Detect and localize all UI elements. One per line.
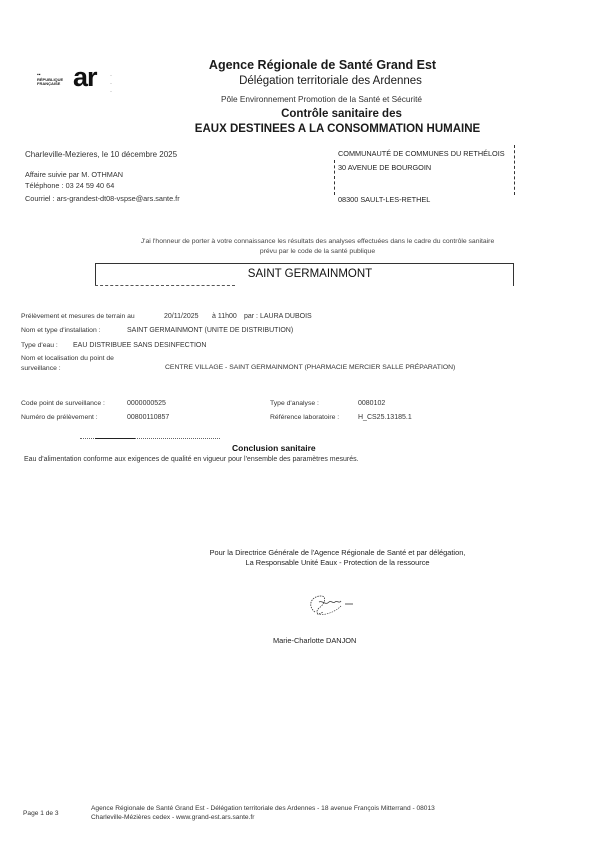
water-type-value: EAU DISTRIBUEE SANS DESINFECTION (73, 342, 206, 349)
recipient-border-right (514, 145, 516, 195)
location-title: SAINT GERMAINMONT (0, 268, 595, 280)
recipient-name: COMMUNAUTÉ DE COMMUNES DU RETHÉLOIS (338, 149, 505, 158)
analysis-type-value: 0080102 (358, 400, 385, 407)
sampling-label: Prélèvement et mesures de terrain au (21, 313, 135, 320)
lab-ref-label: Référence laboratoire : (270, 414, 339, 421)
code-label: Code point de surveillance : (21, 400, 105, 407)
separator-line (95, 438, 135, 439)
followed-by: Affaire suivie par M. OTHMAN (25, 170, 123, 179)
water-type-label: Type d'eau : (21, 342, 58, 349)
lab-ref-value: H_CS25.13185.1 (358, 414, 412, 421)
recipient-address: 30 AVENUE DE BOURGOIN (338, 163, 431, 172)
sampling-by: par : LAURA DUBOIS (244, 313, 312, 320)
sampling-time: à 11h00 (212, 313, 237, 320)
code-value: 0000000525 (127, 400, 166, 407)
installation-value: SAINT GERMAINMONT (UNITE DE DISTRIBUTION… (127, 327, 293, 334)
point-label-line-2: surveillance : (21, 365, 61, 372)
pole-title: Pôle Environnement Promotion de la Santé… (0, 94, 595, 104)
sample-number-label: Numéro de prélèvement : (21, 414, 98, 421)
document-subject: EAUX DESTINEES A LA CONSOMMATION HUMAINE (0, 123, 595, 135)
point-label-line-1: Nom et localisation du point de (21, 355, 114, 362)
control-title: Contrôle sanitaire des (0, 108, 595, 120)
agency-title: Agence Régionale de Santé Grand Est (0, 58, 595, 72)
delegation-title: Délégation territoriale des Ardennes (0, 75, 595, 87)
footer-line-1: Agence Régionale de Santé Grand Est - Dé… (91, 805, 435, 812)
signature-line-2: La Responsable Unité Eaux - Protection d… (0, 558, 595, 567)
intro-line-2: prévu par le code de la santé publique (0, 248, 595, 255)
intro-line-1: J'ai l'honneur de porter à votre connais… (0, 238, 595, 245)
signatory-name: Marie-Charlotte DANJON (273, 636, 356, 645)
location-box-bottom-border (95, 285, 235, 286)
page-number: Page 1 de 3 (23, 810, 59, 817)
point-value: CENTRE VILLAGE - SAINT GERMAINMONT (PHAR… (165, 364, 455, 371)
phone: Téléphone : 03 24 59 40 64 (25, 181, 114, 190)
recipient-border-left (334, 160, 336, 195)
signature-icon (305, 592, 365, 620)
sample-number-value: 00800110857 (127, 414, 169, 421)
email: Courriel : ars-grandest-dt08-vspse@ars.s… (25, 194, 180, 203)
analysis-type-label: Type d'analyse : (270, 400, 319, 407)
recipient-city: 08300 SAULT-LES-RETHEL (338, 195, 430, 204)
signature-line-1: Pour la Directrice Générale de l'Agence … (0, 548, 595, 557)
place-date: Charleville-Mezieres, le 10 décembre 202… (25, 150, 177, 159)
footer-line-2: Charleville-Mézières cedex - www.grand-e… (91, 814, 254, 821)
conclusion-text: Eau d'alimentation conforme aux exigence… (24, 456, 359, 463)
sampling-date: 20/11/2025 (164, 313, 199, 320)
conclusion-title: Conclusion sanitaire (232, 443, 316, 453)
installation-label: Nom et type d'installation : (21, 327, 101, 334)
